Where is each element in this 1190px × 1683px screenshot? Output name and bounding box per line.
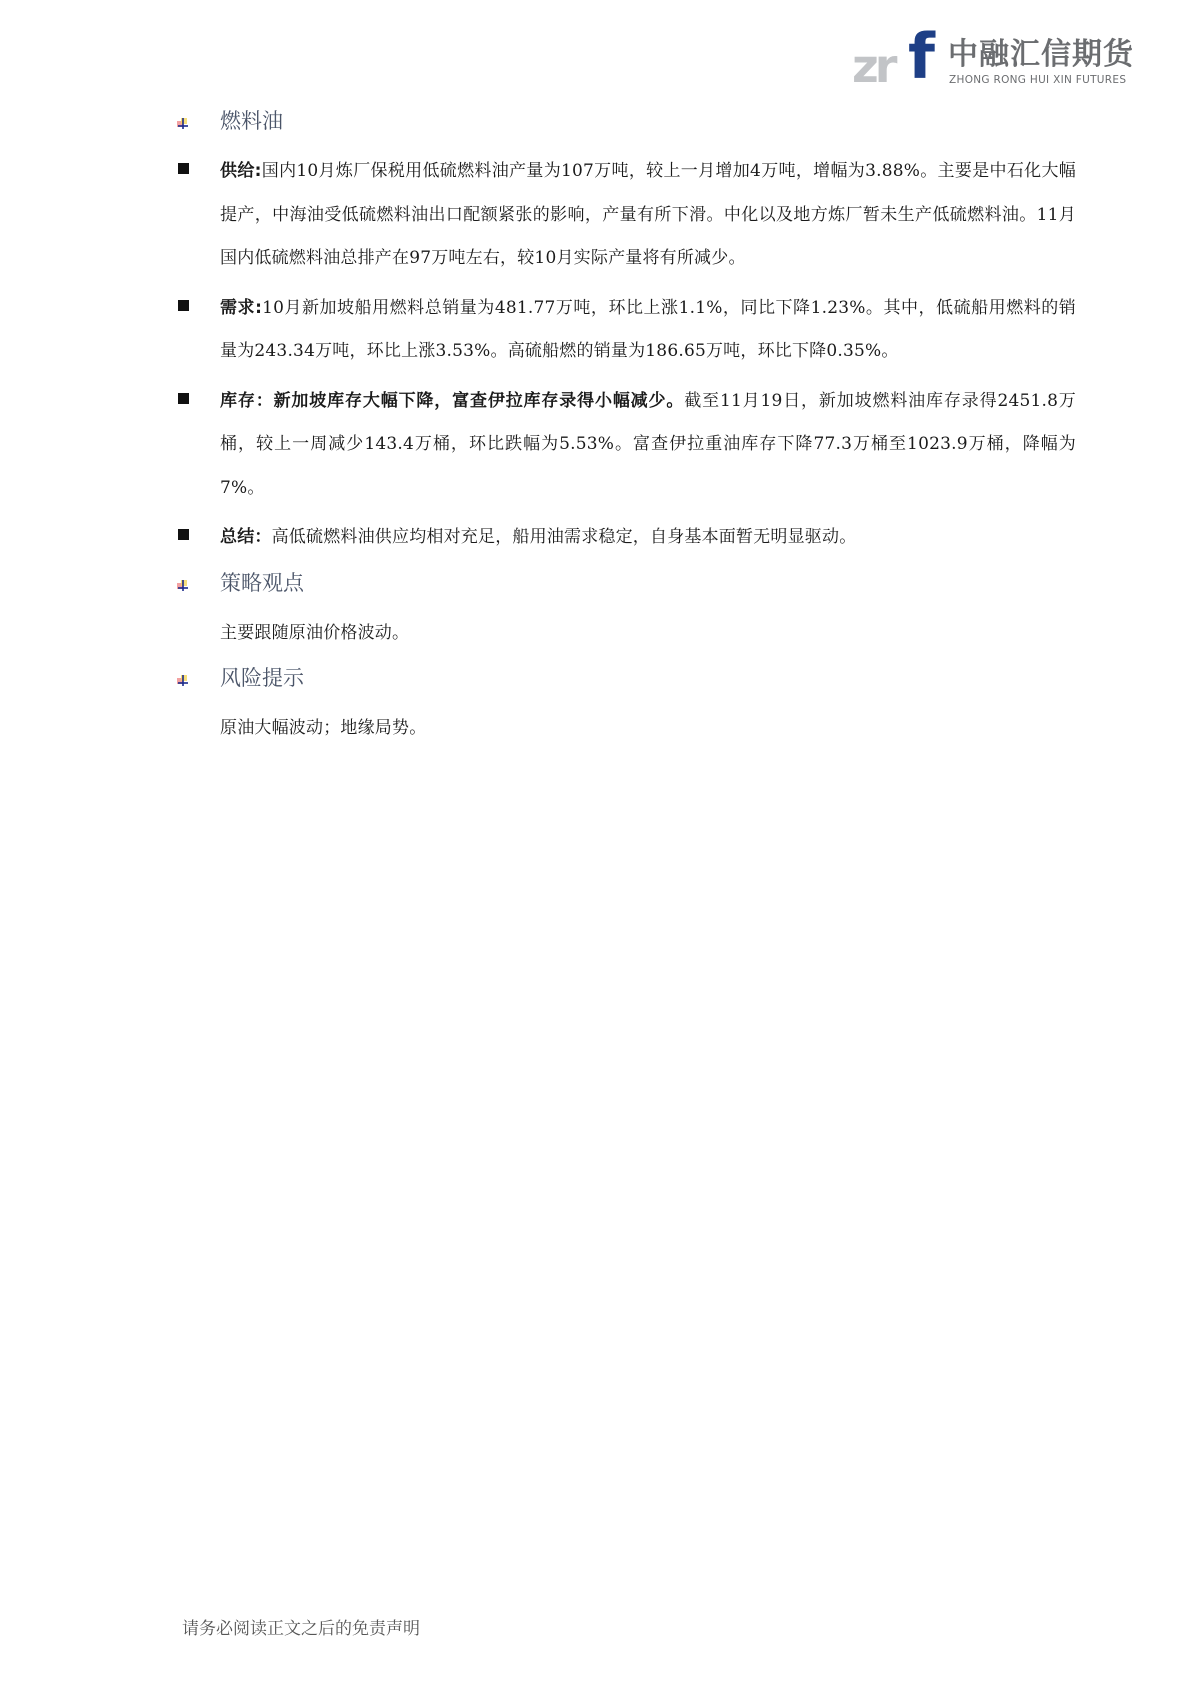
logo-mark-zr: zr: [852, 44, 893, 88]
bullet-inventory: 库存：新加坡库存大幅下降，富查伊拉库存录得小幅减少。截至11月19日，新加坡燃料…: [176, 380, 1076, 511]
square-bullet-icon: [178, 300, 189, 311]
footer-disclaimer: 请务必阅读正文之后的免责声明: [182, 1614, 420, 1639]
company-name-cn: 中融汇信期货: [948, 38, 1134, 72]
bullet-text: 高低硫燃料油供应均相对充足，船用油需求稳定，自身基本面暂无明显驱动。: [272, 527, 857, 547]
bullet-label: 供给: [220, 161, 255, 181]
bullet-supply: 供给:国内10月炼厂保税用低硫燃料油产量为107万吨，较上一月增加4万吨，增幅为…: [176, 150, 1076, 281]
section-title: 燃料油: [220, 106, 283, 136]
section-heading-strategy: 策略观点: [176, 566, 1076, 606]
bullet-label: 库存: [220, 391, 256, 411]
section-title: 风险提示: [220, 663, 304, 693]
document-body: 燃料油 供给:国内10月炼厂保税用低硫燃料油产量为107万吨，较上一月增加4万吨…: [176, 104, 1076, 757]
bullet-demand: 需求:10月新加坡船用燃料总销量为481.77万吨，环比上涨1.1%，同比下降1…: [176, 287, 1076, 374]
arrow-down-icon: [176, 674, 190, 688]
bullet-lead-bold: 新加坡库存大幅下降，富查伊拉库存录得小幅减少。: [274, 391, 685, 411]
logo-mark-f: f: [908, 28, 935, 86]
section-heading-risk: 风险提示: [176, 661, 1076, 701]
square-bullet-icon: [178, 393, 189, 404]
square-bullet-icon: [178, 529, 189, 540]
bullet-summary: 总结：高低硫燃料油供应均相对充足，船用油需求稳定，自身基本面暂无明显驱动。: [176, 516, 1076, 560]
company-name-en: ZHONG RONG HUI XIN FUTURES: [949, 74, 1126, 86]
section-title: 策略观点: [220, 568, 304, 598]
section-heading-fuel-oil: 燃料油: [176, 104, 1076, 144]
strategy-text: 主要跟随原油价格波动。: [176, 612, 1076, 656]
bullet-text: 10月新加坡船用燃料总销量为481.77万吨，环比上涨1.1%，同比下降1.23…: [220, 298, 1076, 362]
company-logo: zr f 中融汇信期货 ZHONG RONG HUI XIN FUTURES: [852, 28, 1122, 88]
square-bullet-icon: [178, 163, 189, 174]
risk-text: 原油大幅波动；地缘局势。: [176, 707, 1076, 751]
arrow-down-icon: [176, 579, 190, 593]
bullet-label: 需求: [220, 298, 255, 318]
bullet-label: 总结: [220, 527, 254, 547]
bullet-text: 国内10月炼厂保税用低硫燃料油产量为107万吨，较上一月增加4万吨，增幅为3.8…: [220, 161, 1076, 268]
arrow-down-icon: [176, 117, 190, 131]
